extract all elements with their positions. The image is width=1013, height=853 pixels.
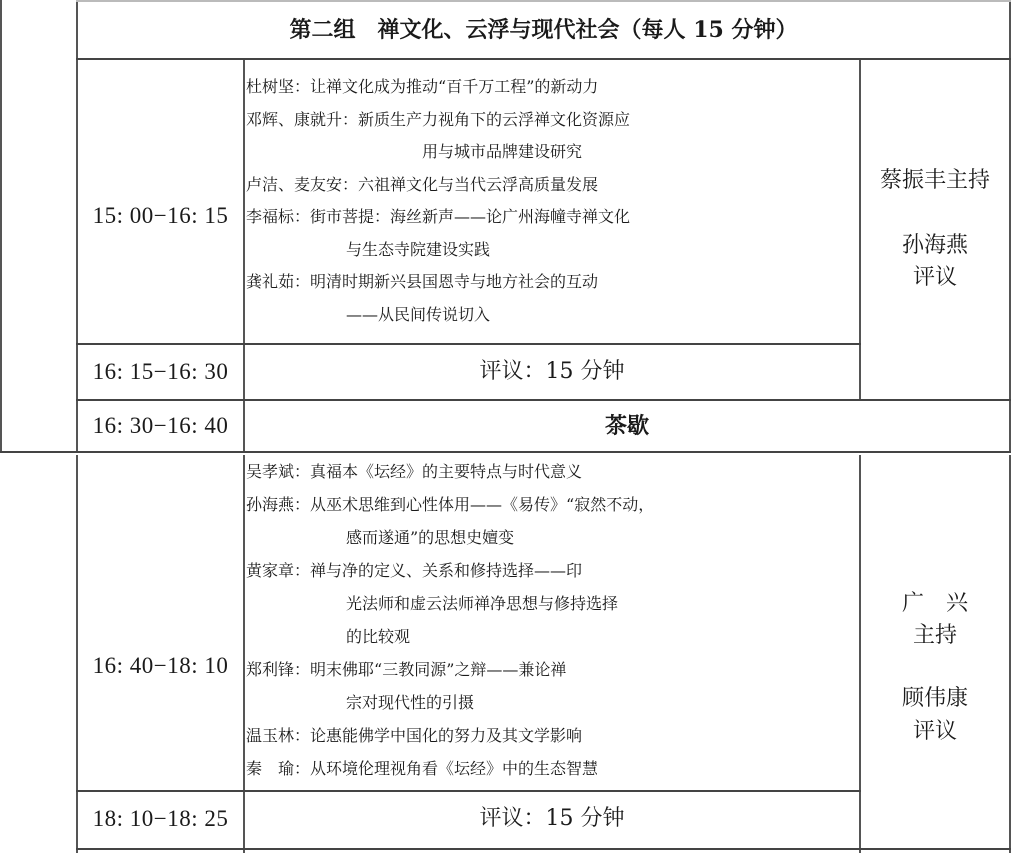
break-time: 16: 30−16: 40 (78, 410, 243, 442)
paper-title: 明末佛耶“三教同源”之辩——兼论禅 (310, 660, 566, 679)
paper-title-continued: 的比较观 (346, 621, 858, 654)
table-border (76, 399, 1011, 401)
paper-item: 邓辉、康就升：新质生产力视角下的云浮禅文化资源应 (246, 104, 858, 137)
paper-title: 论惠能佛学中国化的努力及其文学影响 (310, 726, 582, 745)
speaker-name: 郑利锋： (246, 660, 310, 679)
table-border (1009, 455, 1011, 853)
speaker-name: 黄家章： (246, 561, 310, 580)
paper-item: 龚礼茹：明清时期新兴县国恩寺与地方社会的互动 (246, 266, 858, 299)
paper-item: 吴孝斌：真福本《坛经》的主要特点与时代意义 (246, 456, 858, 489)
table-border (76, 848, 1011, 850)
paper-title: 从巫术思维到心性体用——《易传》“寂然不动， (310, 495, 654, 514)
paper-title: 让禅文化成为推动“百千万工程”的新动力 (310, 77, 598, 96)
table-border (243, 59, 245, 452)
session2-chair-role: 主持 (861, 620, 1009, 652)
session2-review-label: 评议：15 分钟 (245, 803, 859, 835)
session2-discussant-name: 顾伟康 (861, 683, 1009, 715)
break-label: 茶歇 (245, 410, 1009, 442)
group-header: 第二组 禅文化、云浮与现代社会（每人 15 分钟） (78, 14, 1009, 46)
paper-item: 孙海燕：从巫术思维到心性体用——《易传》“寂然不动， (246, 489, 858, 522)
table-border (0, 0, 2, 452)
speaker-name: 龚礼茹： (246, 272, 310, 291)
speaker-name: 卢洁、麦友安： (246, 175, 358, 194)
table-border (0, 451, 1011, 453)
paper-title-continued: 光法师和虚云法师禅净思想与修持选择 (346, 588, 858, 621)
session2-review-time: 18: 10−18: 25 (78, 803, 243, 835)
session2-time: 16: 40−18: 10 (78, 650, 243, 682)
paper-title-continued: 与生态寺院建设实践 (346, 234, 858, 267)
speaker-name: 杜树坚： (246, 77, 310, 96)
speaker-name: 李福标： (246, 207, 310, 226)
paper-title-continued: ——从民间传说切入 (346, 299, 858, 332)
paper-item: 黄家章：禅与净的定义、关系和修持选择——印 (246, 555, 858, 588)
table-border (1009, 0, 1011, 452)
paper-item: 郑利锋：明末佛耶“三教同源”之辩——兼论禅 (246, 654, 858, 687)
speaker-name: 秦 瑜： (246, 759, 310, 778)
paper-title: 新质生产力视角下的云浮禅文化资源应 (358, 110, 630, 129)
session1-paper-list: 杜树坚：让禅文化成为推动“百千万工程”的新动力 邓辉、康就升：新质生产力视角下的… (246, 71, 858, 341)
paper-title: 禅与净的定义、关系和修持选择——印 (310, 561, 582, 580)
paper-title-continued: 用与城市品牌建设研究 (422, 136, 858, 169)
paper-item: 杜树坚：让禅文化成为推动“百千万工程”的新动力 (246, 71, 858, 104)
speaker-name: 邓辉、康就升： (246, 110, 358, 129)
paper-item: 秦 瑜：从环境伦理视角看《坛经》中的生态智慧 (246, 753, 858, 786)
table-border (76, 58, 1011, 60)
paper-item: 李福标：街市菩提：海丝新声——论广州海幢寺禅文化 (246, 201, 858, 234)
table-border (859, 455, 861, 853)
paper-title: 真福本《坛经》的主要特点与时代意义 (310, 462, 582, 481)
paper-title-continued: 宗对现代性的引摄 (346, 687, 858, 720)
speaker-name: 吴孝斌： (246, 462, 310, 481)
table-border (76, 790, 861, 792)
session1-review-time: 16: 15−16: 30 (78, 356, 243, 388)
table-border (76, 343, 861, 345)
paper-title: 从环境伦理视角看《坛经》中的生态智慧 (310, 759, 598, 778)
paper-item: 温玉林：论惠能佛学中国化的努力及其文学影响 (246, 720, 858, 753)
session1-discussant-name: 孙海燕 (861, 230, 1009, 262)
session2-chair-name: 广 兴 (861, 588, 1009, 620)
table-border (243, 455, 245, 853)
session2-discussant-role: 评议 (861, 716, 1009, 748)
paper-title: 明清时期新兴县国恩寺与地方社会的互动 (310, 272, 598, 291)
paper-title: 街市菩提：海丝新声——论广州海幢寺禅文化 (310, 207, 630, 226)
session2-paper-list: 吴孝斌：真福本《坛经》的主要特点与时代意义 孙海燕：从巫术思维到心性体用——《易… (246, 456, 858, 790)
session1-discussant-role: 评议 (861, 262, 1009, 294)
paper-title-continued: 感而遂通”的思想史嬗变 (346, 522, 858, 555)
session1-time: 15: 00−16: 15 (78, 200, 243, 232)
table-border (76, 0, 1011, 2)
paper-title: 六祖禅文化与当代云浮高质量发展 (358, 175, 598, 194)
speaker-name: 温玉林： (246, 726, 310, 745)
session1-chair: 蔡振丰主持 (861, 165, 1009, 197)
paper-item: 卢洁、麦友安：六祖禅文化与当代云浮高质量发展 (246, 169, 858, 202)
speaker-name: 孙海燕： (246, 495, 310, 514)
session1-review-label: 评议：15 分钟 (245, 356, 859, 388)
